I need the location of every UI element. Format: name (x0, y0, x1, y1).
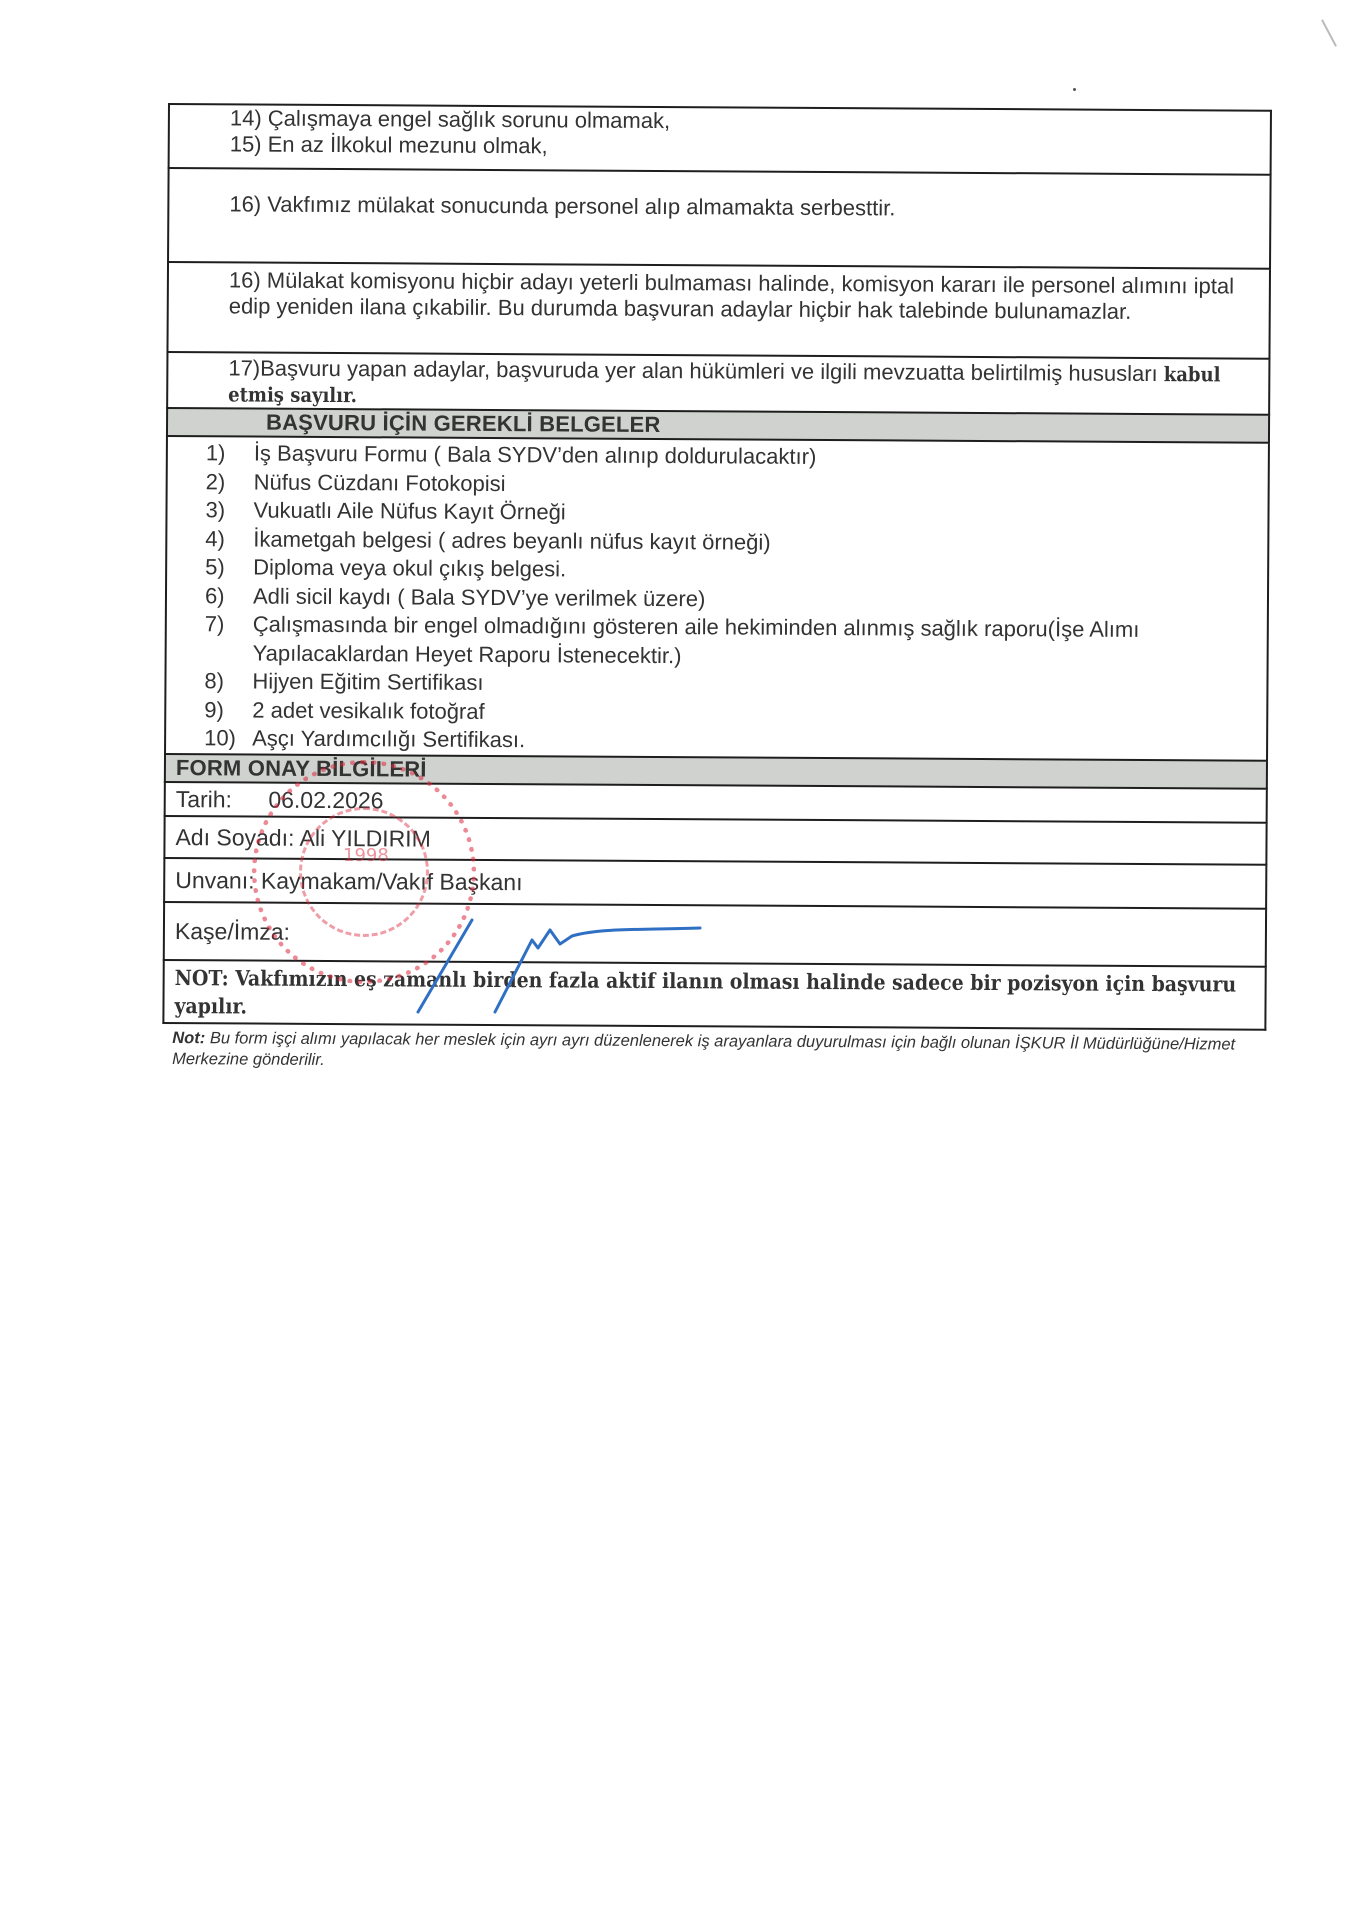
document-item-text: Adli sicil kaydı ( Bala SYDV’ye verilmek… (253, 582, 706, 613)
document-item-text: Çalışmasında bir engel olmadığını göster… (253, 611, 1267, 674)
conditions-row: 16) Vakfımız mülakat sonucunda personel … (168, 168, 1271, 269)
form-table: 14) Çalışmaya engel sağlık sorunu olmama… (162, 103, 1272, 1030)
document-item-number: 5) (205, 553, 253, 582)
signature-label: Kaşe/İmza: (175, 918, 290, 945)
title-value: Kaymakam/Vakıf Başkanı (261, 867, 523, 895)
document-item-number: 1) (206, 439, 254, 468)
document-item-number: 8) (204, 667, 252, 696)
conditions-row: 17)Başvuru yapan adaylar, başvuruda yer … (167, 352, 1269, 415)
document-item-number: 4) (205, 525, 253, 554)
document-item-text: Vukuatlı Aile Nüfus Kayıt Örneği (253, 497, 565, 527)
condition-16b: 16) Mülakat komisyonu hiçbir adayı yeter… (167, 262, 1270, 359)
approval-row: Kaşe/İmza: (164, 901, 1266, 966)
condition-17-text: 17)Başvuru yapan adaylar, başvuruda yer … (228, 355, 1164, 386)
documents-cell: 1)İş Başvuru Formu ( Bala SYDV’den alını… (165, 436, 1269, 760)
document-item-text: İkametgah belgesi ( adres beyanlı nüfus … (253, 525, 770, 557)
approval-row: Unvanı: Kaymakam/Vakıf Başkanı (164, 857, 1266, 908)
title-label: Unvanı: (175, 867, 254, 893)
footnote: Not: Bu form işçi alımı yapılacak her me… (162, 1027, 1266, 1076)
documents-row: 1)İş Başvuru Formu ( Bala SYDV’den alını… (165, 436, 1269, 760)
note-row: NOT: Vakfımızın eş zamanlı birden fazla … (163, 959, 1265, 1029)
condition-15: 15) En az İlkokul mezunu olmak, (230, 131, 1260, 163)
name-field: Adı Soyadı: Ali YILDIRIM (164, 815, 1266, 864)
document-item: 7)Çalışmasında bir engel olmadığını göst… (205, 610, 1267, 673)
footnote-text: Bu form işçi alımı yapılacak her meslek … (172, 1029, 1235, 1069)
conditions-row: 16) Mülakat komisyonu hiçbir adayı yeter… (167, 262, 1270, 359)
approval-row: Adı Soyadı: Ali YILDIRIM (164, 815, 1266, 864)
name-label: Adı Soyadı: (175, 824, 294, 851)
date-label: Tarih: (176, 786, 232, 812)
condition-14-15: 14) Çalışmaya engel sağlık sorunu olmama… (169, 104, 1271, 175)
document-item-text: Nüfus Cüzdanı Fotokopisi (254, 468, 506, 498)
required-documents-list: 1)İş Başvuru Formu ( Bala SYDV’den alını… (166, 437, 1268, 759)
document-item-text: Hijyen Eğitim Sertifikası (252, 668, 483, 698)
footnote-label: Not: (172, 1029, 205, 1047)
document-item-text: İş Başvuru Formu ( Bala SYDV’den alınıp … (254, 440, 817, 472)
document-item-number: 9) (204, 696, 252, 725)
date-value: 06.02.2026 (268, 786, 383, 813)
document-item-text: Diploma veya okul çıkış belgesi. (253, 554, 566, 584)
title-field: Unvanı: Kaymakam/Vakıf Başkanı (164, 857, 1266, 908)
document-item-number: 2) (206, 468, 254, 497)
conditions-row: 14) Çalışmaya engel sağlık sorunu olmama… (169, 104, 1271, 175)
document-item-number: 10) (204, 724, 252, 753)
scan-artifact (1073, 88, 1076, 91)
note-text: NOT: Vakfımızın eş zamanlı birden fazla … (163, 959, 1265, 1029)
condition-16a: 16) Vakfımız mülakat sonucunda personel … (168, 168, 1271, 269)
document-item-text: Aşçı Yardımcılığı Sertifikası. (252, 725, 525, 755)
signature-field: Kaşe/İmza: (164, 901, 1266, 966)
application-form-page: 14) Çalışmaya engel sağlık sorunu olmama… (162, 103, 1272, 1076)
document-item-text: 2 adet vesikalık fotoğraf (252, 696, 485, 726)
document-item-number: 7) (205, 610, 253, 667)
condition-17: 17)Başvuru yapan adaylar, başvuruda yer … (167, 352, 1269, 415)
document-item-number: 3) (205, 496, 253, 525)
scan-artifact (1321, 19, 1337, 46)
name-value: Ali YILDIRIM (299, 824, 430, 851)
document-item-number: 6) (205, 582, 253, 611)
